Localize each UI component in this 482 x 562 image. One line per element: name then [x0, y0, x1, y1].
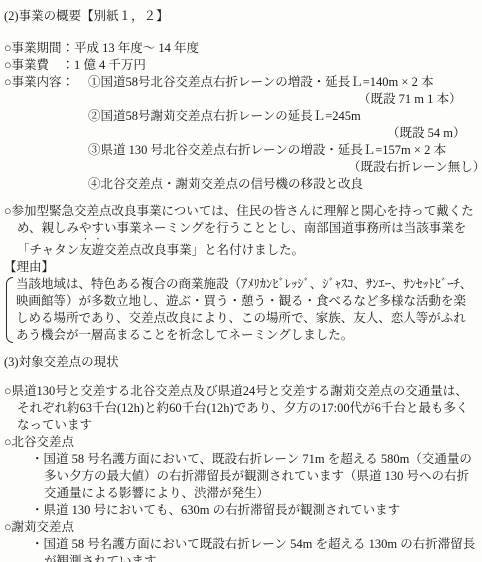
- traffic-volume-paragraph: ○県道130号と交差する北谷交差点及び県道24号と交差する謝苅交差点の交通量は、…: [4, 383, 480, 434]
- chatan-bullet-2: ・県道 130 号においても、630m の右折滞留長が観測されています: [4, 502, 480, 519]
- naming-paragraph: ○参加型緊急交差点改良事業については、住民の皆さんに理解と関心を持って戴くため、…: [4, 203, 480, 259]
- project-content-item-2: ②国道58号謝苅交差点右折レーンの延長Ｌ=245m: [88, 108, 480, 125]
- project-content-list: ○事業内容：①国道58号北谷交差点右折レーンの増設・延長Ｌ=140m × 2 本…: [4, 74, 480, 193]
- section2-title: (2)事業の概要【別紙１，２】: [4, 8, 480, 25]
- project-cost: ○事業費 ：1 億 4 千万円: [4, 57, 480, 74]
- chatan-intersection-heading: ○北谷交差点: [4, 434, 480, 451]
- project-content-item-4: ④北谷交差点・謝苅交差点の信号機の移設と改良: [88, 176, 480, 193]
- jaagaru-intersection-heading: ○謝苅交差点: [4, 519, 480, 536]
- reason-text: 当該地域は、特色ある複合の商業施設（ｱﾒﾘｶﾝﾋﾞﾚｯｼﾞ、ｼﾞｬｽｺ、ｻﾝｴｰ…: [16, 276, 478, 344]
- reason-label: 【理由】: [4, 259, 480, 276]
- project-content-label: ○事業内容：: [4, 74, 88, 91]
- project-period: ○事業期間：平成 13 年度～ 14 年度: [4, 40, 480, 57]
- jaagaru-bullet-1: ・国道 58 号名護方面において既設右折レーン 54m を超える 130m の右…: [4, 536, 480, 562]
- naming-emphasized-word: 友遊: [79, 243, 104, 257]
- project-content-item-1-note: （既設 71 m 1 本）: [358, 91, 480, 108]
- project-content-item-1: ○事業内容：①国道58号北谷交差点右折レーンの増設・延長Ｌ=140m × 2 本: [4, 74, 480, 91]
- reason-bracket-paragraph: 当該地域は、特色ある複合の商業施設（ｱﾒﾘｶﾝﾋﾞﾚｯｼﾞ、ｼﾞｬｽｺ、ｻﾝｴｰ…: [6, 276, 480, 344]
- document-page: (2)事業の概要【別紙１，２】 ○事業期間：平成 13 年度～ 14 年度 ○事…: [0, 0, 482, 562]
- naming-text-after: 交差点改良事業」と名付けました。: [104, 243, 304, 257]
- section3-title: (3)対象交差点の現状: [4, 354, 480, 371]
- chatan-bullet-1: ・国道 58 号名護方面において、既設右折レーン 71m を超える 580m（交…: [4, 451, 480, 502]
- project-content-item-1-text: ①国道58号北谷交差点右折レーンの増設・延長Ｌ=140m × 2 本: [88, 75, 433, 89]
- project-content-item-3-note: （既設右折レーン無し）: [348, 159, 480, 176]
- project-content-item-2-note: （既設 54 m）: [387, 125, 480, 142]
- project-content-item-3: ③県道 130 号北谷交差点右折レーンの増設・延長Ｌ=157m × 2 本: [88, 142, 480, 159]
